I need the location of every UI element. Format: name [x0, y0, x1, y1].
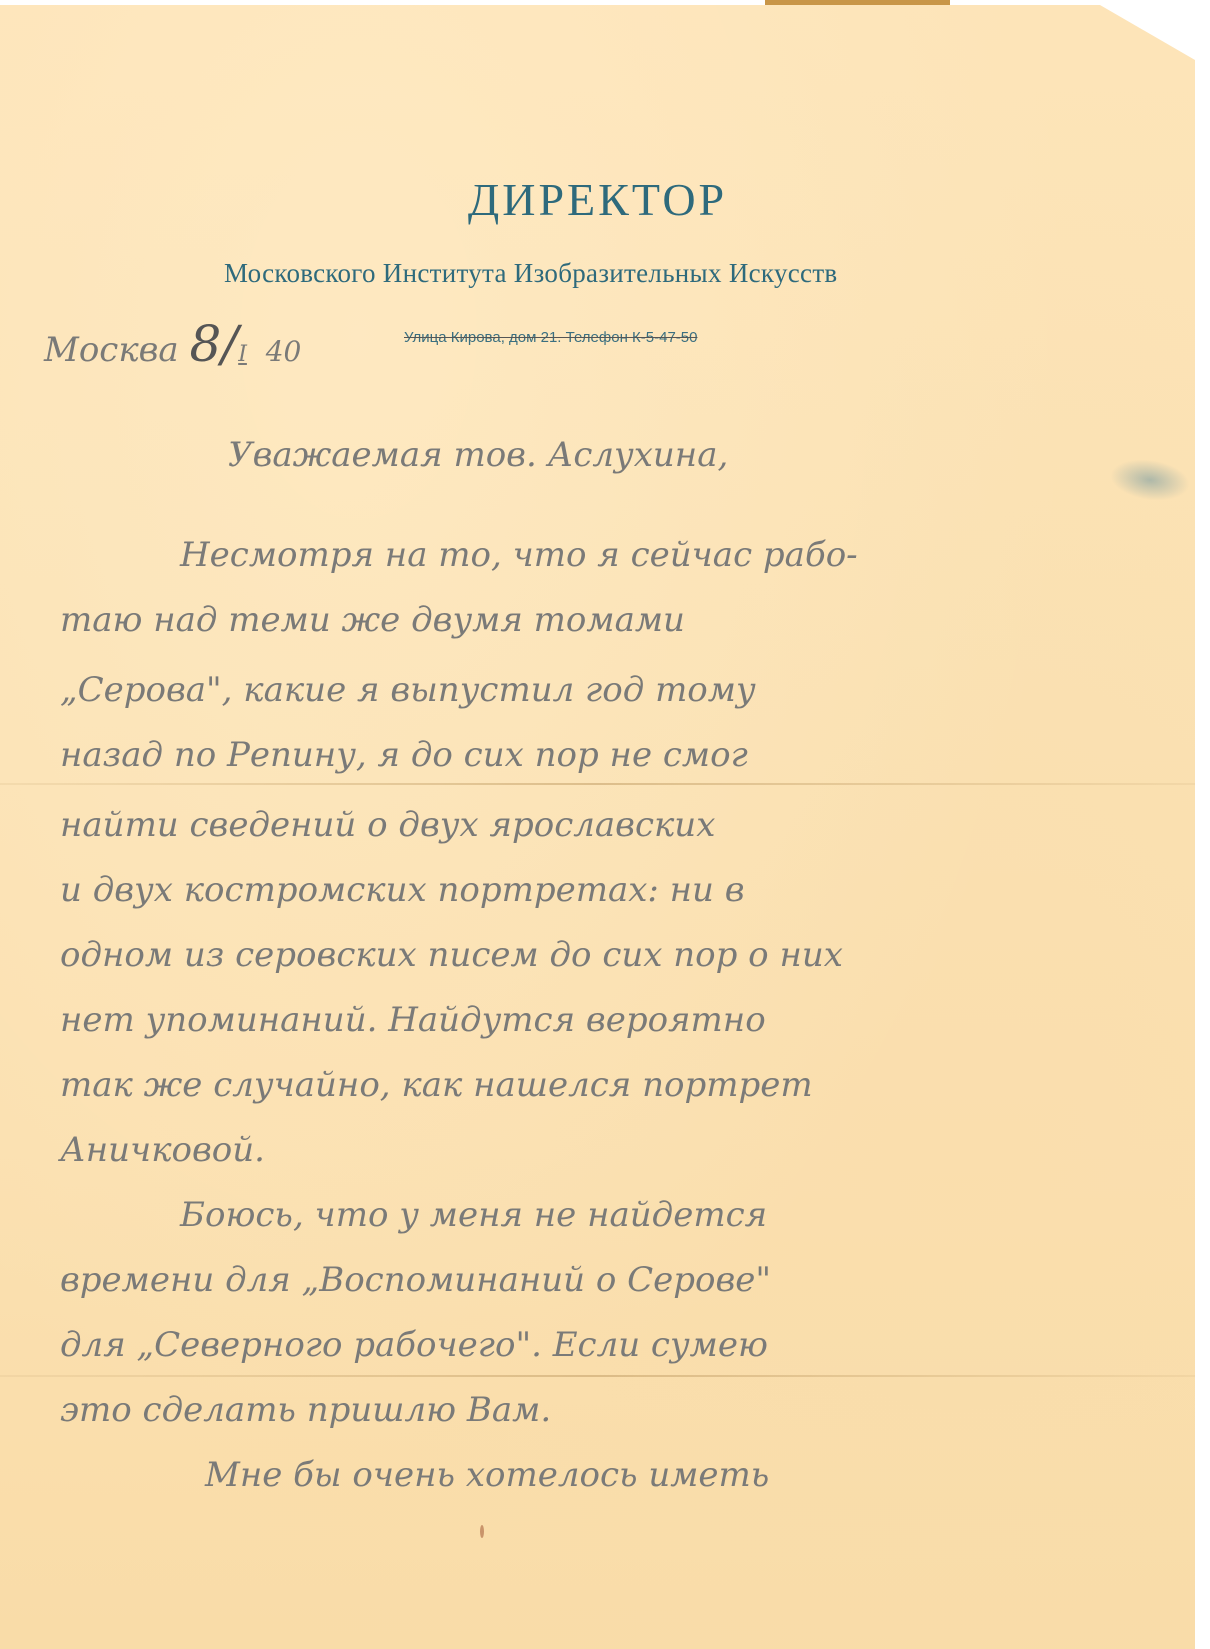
attached-paper-tab: [765, 0, 950, 5]
body-line: времени для „Воспоминаний о Серове": [60, 1260, 771, 1300]
body-line: для „Северного рабочего". Если сумею: [60, 1325, 768, 1365]
body-line: „Серова", какие я выпустил год тому: [60, 670, 756, 710]
date-month: I: [238, 342, 247, 367]
body-line: это сделать пришлю Вам.: [60, 1390, 551, 1430]
body-line: Мне бы очень хотелось иметь: [205, 1455, 769, 1495]
body-line: и двух костромских портретах: ни в: [60, 870, 745, 910]
body-line: Аничковой.: [60, 1130, 265, 1170]
letterhead-institution: Московского Института Изобразительных Ис…: [224, 258, 837, 289]
body-line: назад по Репину, я до сих пор не смог: [60, 735, 748, 775]
letter-page: ДИРЕКТОР Московского Института Изобразит…: [0, 5, 1195, 1649]
paper-stain: [480, 1525, 484, 1538]
place: Москва: [44, 330, 179, 370]
date-day: 8/: [190, 315, 239, 373]
body-line: нет упоминаний. Найдутся вероятно: [60, 1000, 766, 1040]
date-year: 40: [266, 335, 302, 368]
body-line: Несмотря на то, что я сейчас рабо-: [180, 535, 858, 575]
body-line: так же случайно, как нашелся портрет: [60, 1065, 813, 1105]
body-line: Боюсь, что у меня не найдется: [180, 1195, 767, 1235]
fold-crease: [0, 1375, 1195, 1377]
letterhead-address-struck: Улица Кирова, дом 21. Телефон К-5-47-50: [404, 329, 697, 346]
place-date: Москва 8/I 40: [44, 315, 301, 373]
ink-stain: [1108, 455, 1193, 506]
letterhead-title: ДИРЕКТОР: [0, 173, 1195, 226]
body-line: найти сведений о двух ярославских: [60, 805, 715, 845]
body-line: таю над теми же двумя томами: [60, 600, 685, 640]
salutation: Уважаемая тов. Аслухина,: [228, 435, 728, 475]
fold-crease: [0, 783, 1195, 785]
body-line: одном из серовских писем до сих пор о ни…: [60, 935, 843, 975]
